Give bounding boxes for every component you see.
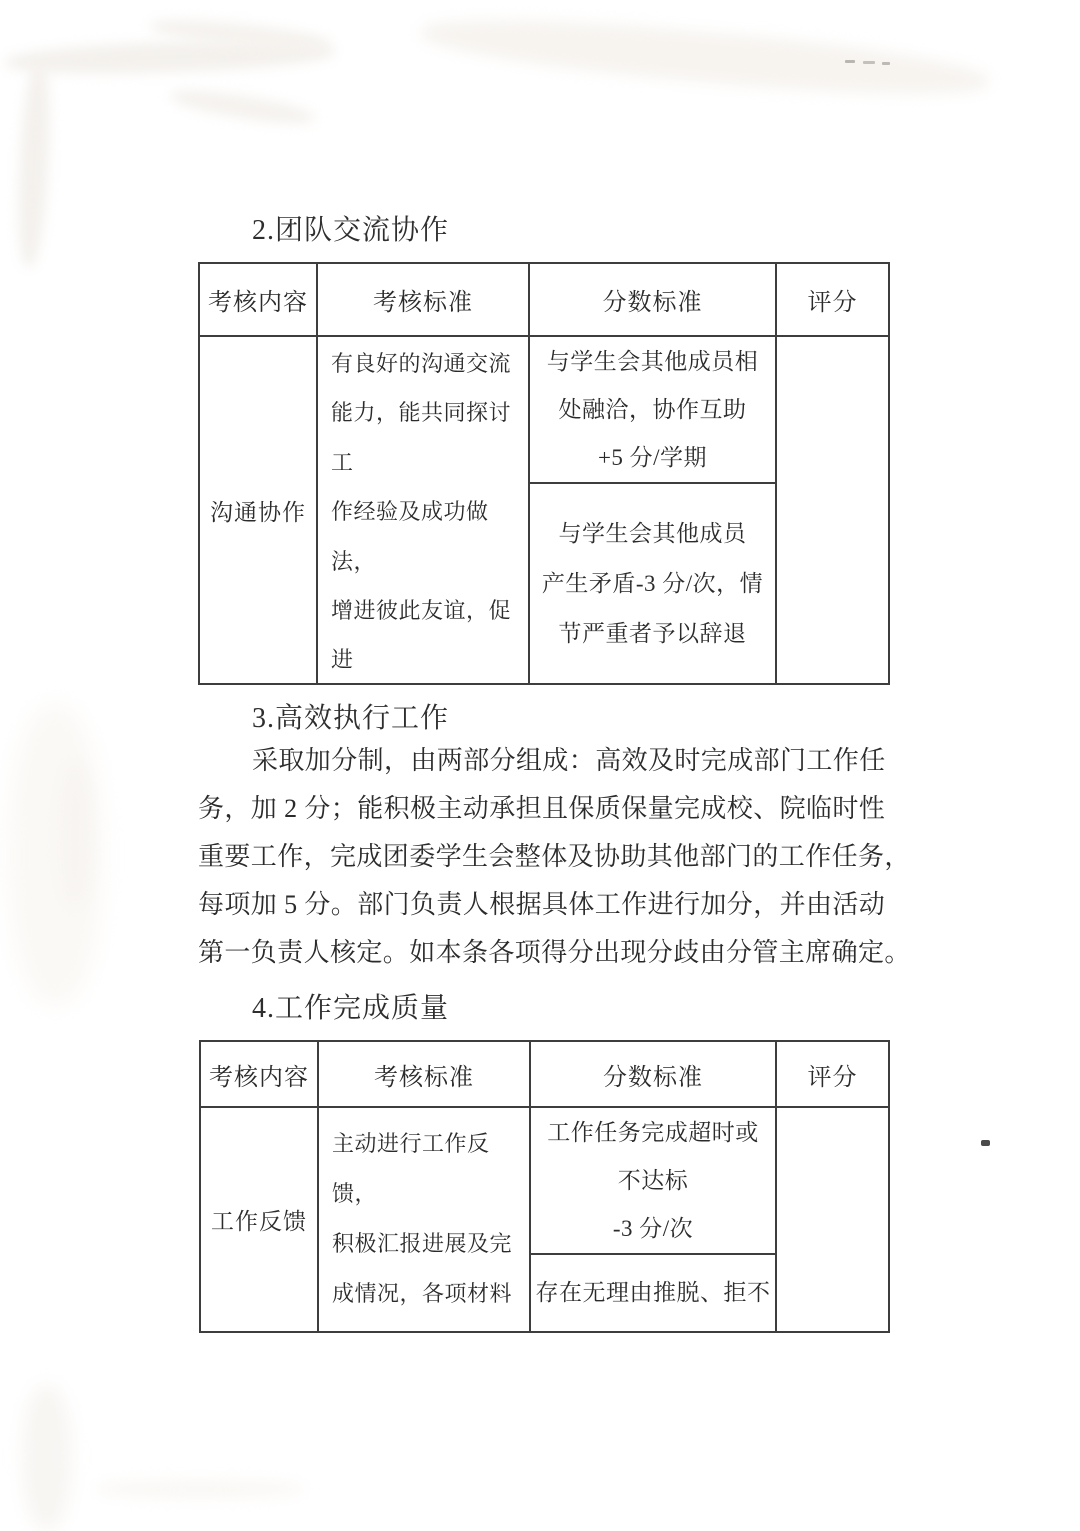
column-header-assessment-standard: 考核标准 bbox=[318, 264, 530, 337]
section-4-title: 4.工作完成质量 bbox=[252, 986, 449, 1026]
scan-speck bbox=[882, 62, 890, 65]
score-line: 不达标 bbox=[531, 1157, 775, 1205]
paragraph-line: 第一负责人核定。如本条各项得分出现分歧由分管主席确定。 bbox=[198, 936, 911, 970]
section-2-title: 2.团队交流协作 bbox=[252, 208, 449, 248]
scan-smudge bbox=[60, 765, 90, 905]
standard-line: 主动进行工作反馈， bbox=[332, 1119, 529, 1219]
score-line: 处融洽，协作互助 bbox=[530, 386, 775, 434]
standard-line: 增进彼此友谊，促进 bbox=[331, 586, 528, 683]
score-line: 产生矛盾-3 分/次，情 bbox=[530, 559, 775, 609]
standard-line: 积极汇报进展及完 bbox=[332, 1219, 529, 1269]
standard-line: 作经验及成功做法， bbox=[331, 487, 528, 586]
row-label-communication-collaboration: 沟通协作 bbox=[200, 337, 318, 683]
work-quality-table: 考核内容 考核标准 分数标准 评分 工作反馈 主动进行工作反馈， 积极汇报进展及… bbox=[199, 1040, 890, 1333]
score-standard-cell: 工作任务完成超时或 不达标 -3 分/次 存在无理由推脱、拒不 bbox=[531, 1108, 777, 1331]
score-line: 与学生会其他成员相 bbox=[530, 338, 775, 386]
score-line: 工作任务完成超时或 bbox=[531, 1109, 775, 1157]
score-standard-overtime: 工作任务完成超时或 不达标 -3 分/次 bbox=[531, 1108, 775, 1255]
score-line: +5 分/学期 bbox=[530, 434, 775, 482]
scan-speck bbox=[845, 60, 855, 63]
standard-line: 有良好的沟通交流 bbox=[331, 339, 528, 388]
column-header-score-standard: 分数标准 bbox=[531, 1042, 777, 1108]
scan-smudge bbox=[15, 61, 54, 267]
score-standard-refusal: 存在无理由推脱、拒不 bbox=[531, 1255, 775, 1331]
row-label-work-feedback: 工作反馈 bbox=[201, 1108, 319, 1331]
score-line: -3 分/次 bbox=[531, 1205, 775, 1253]
paragraph-line: 重要工作，完成团委学生会整体及协助其他部门的工作任务， bbox=[198, 840, 911, 874]
paragraph-line: 采取加分制，由两部分组成：高效及时完成部门工作任 bbox=[252, 744, 886, 778]
score-line: 节严重者予以辞退 bbox=[530, 609, 775, 659]
column-header-assessment-content: 考核内容 bbox=[200, 264, 318, 337]
section-3-title: 3.高效执行工作 bbox=[252, 696, 449, 736]
score-standard-positive: 与学生会其他成员相 处融洽，协作互助 +5 分/学期 bbox=[530, 337, 775, 484]
scan-smudge bbox=[169, 85, 316, 129]
scan-smudge bbox=[419, 7, 991, 106]
scan-smudge bbox=[5, 36, 336, 77]
assessment-standard-cell: 有良好的沟通交流 能力，能共同探讨工 作经验及成功做法， 增进彼此友谊，促进 团… bbox=[318, 337, 530, 683]
scan-smudge bbox=[95, 1480, 305, 1498]
scan-speck bbox=[981, 1140, 990, 1146]
scan-speck bbox=[863, 61, 875, 64]
score-cell-empty bbox=[777, 337, 888, 683]
score-standard-cell: 与学生会其他成员相 处融洽，协作互助 +5 分/学期 与学生会其他成员 产生矛盾… bbox=[530, 337, 777, 683]
column-header-score-standard: 分数标准 bbox=[530, 264, 777, 337]
score-line: 存在无理由推脱、拒不 bbox=[531, 1278, 775, 1308]
column-header-assessment-content: 考核内容 bbox=[201, 1042, 319, 1108]
scan-smudge bbox=[8, 705, 103, 1005]
score-line: 与学生会其他成员 bbox=[530, 509, 775, 559]
scan-smudge bbox=[149, 15, 330, 56]
score-cell-empty bbox=[777, 1108, 888, 1331]
column-header-assessment-standard: 考核标准 bbox=[319, 1042, 531, 1108]
assessment-standard-cell: 主动进行工作反馈， 积极汇报进展及完 成情况，各项材料及 时上交。该部分采取 bbox=[319, 1108, 531, 1331]
team-communication-table: 考核内容 考核标准 分数标准 评分 沟通协作 有良好的沟通交流 能力，能共同探讨… bbox=[198, 262, 890, 685]
standard-line: 成情况，各项材料及 bbox=[332, 1269, 529, 1331]
paragraph-line: 务，加 2 分；能积极主动承担且保质保量完成校、院临时性 bbox=[198, 792, 885, 826]
column-header-score: 评分 bbox=[777, 1042, 888, 1108]
standard-line: 能力，能共同探讨工 bbox=[331, 388, 528, 487]
scan-smudge bbox=[22, 1385, 72, 1530]
column-header-score: 评分 bbox=[777, 264, 888, 337]
paragraph-line: 每项加 5 分。部门负责人根据具体工作进行加分，并由活动 bbox=[198, 888, 885, 922]
score-standard-negative: 与学生会其他成员 产生矛盾-3 分/次，情 节严重者予以辞退 bbox=[530, 484, 775, 683]
